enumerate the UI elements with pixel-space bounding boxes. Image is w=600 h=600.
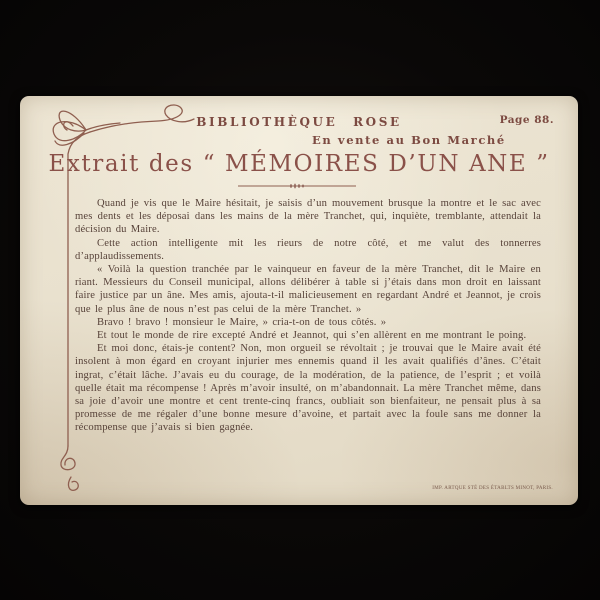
printer-imprint: IMP. ARTQUE STÉ DES ÉTABLTS MINOT, PARIS… — [432, 486, 553, 491]
card: BIBLIOTHÈQUE ROSE Page 88. En vente au B… — [20, 96, 578, 505]
paragraph: Bravo ! bravo ! monsieur le Maire, » cri… — [75, 316, 541, 329]
paragraph: « Voilà la question tranchée par le vain… — [75, 263, 541, 316]
series-title: BIBLIOTHÈQUE ROSE — [20, 115, 578, 129]
paragraph: Cette action intelligente mit les rieurs… — [75, 237, 541, 263]
sale-note: En vente au Bon Marché — [312, 133, 506, 147]
divider-ornament — [238, 182, 356, 190]
card-title: Extrait des “ MÉMOIRES D’UN ANE ” — [20, 151, 578, 177]
extract-text: Quand je vis que le Maire hésitait, je s… — [75, 197, 541, 435]
paragraph: Et tout le monde de rire excepté André e… — [75, 329, 541, 342]
paragraph: Et moi donc, étais-je content? Non, mon … — [75, 342, 541, 434]
paragraph: Quand je vis que le Maire hésitait, je s… — [75, 197, 541, 237]
photo-background: BIBLIOTHÈQUE ROSE Page 88. En vente au B… — [0, 0, 600, 600]
page-number: Page 88. — [500, 114, 554, 126]
